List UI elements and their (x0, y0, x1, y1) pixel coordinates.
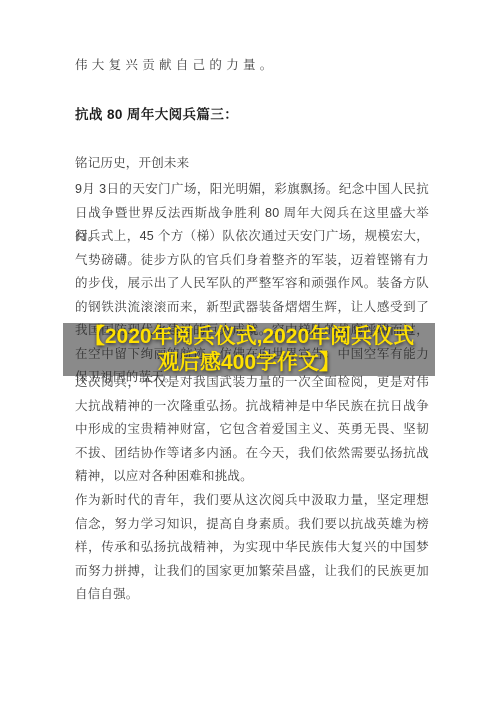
paragraph: 作为新时代的青年，我们要从这次阅兵中汲取力量，坚定理想信念，努力学习知识，提高自… (75, 489, 429, 607)
document-page[interactable]: 伟大复兴贡献自己的力量。 抗战 80 周年大阅兵篇三： 铭记历史，开创未来 9月… (0, 0, 500, 708)
paragraph: 这次阅兵，不仅是对我国武装力量的一次全面检阅，更是对伟大抗战精神的一次隆重弘扬。… (75, 371, 429, 489)
watermark-title-line1: 【2020年阅兵仪式,2020年阅兵仪式 (84, 324, 414, 350)
paragraph-tail-line: 伟大复兴贡献自己的力量。 (75, 54, 429, 78)
watermark-title-line2: 观后感400字作文】 (158, 350, 340, 376)
watermark-title-banner: 【2020年阅兵仪式,2020年阅兵仪式 观后感400字作文】 (63, 323, 435, 376)
section-heading: 抗战 80 周年大阅兵篇三： (75, 103, 429, 127)
essay-subtitle: 铭记历史，开创未来 (75, 152, 429, 176)
